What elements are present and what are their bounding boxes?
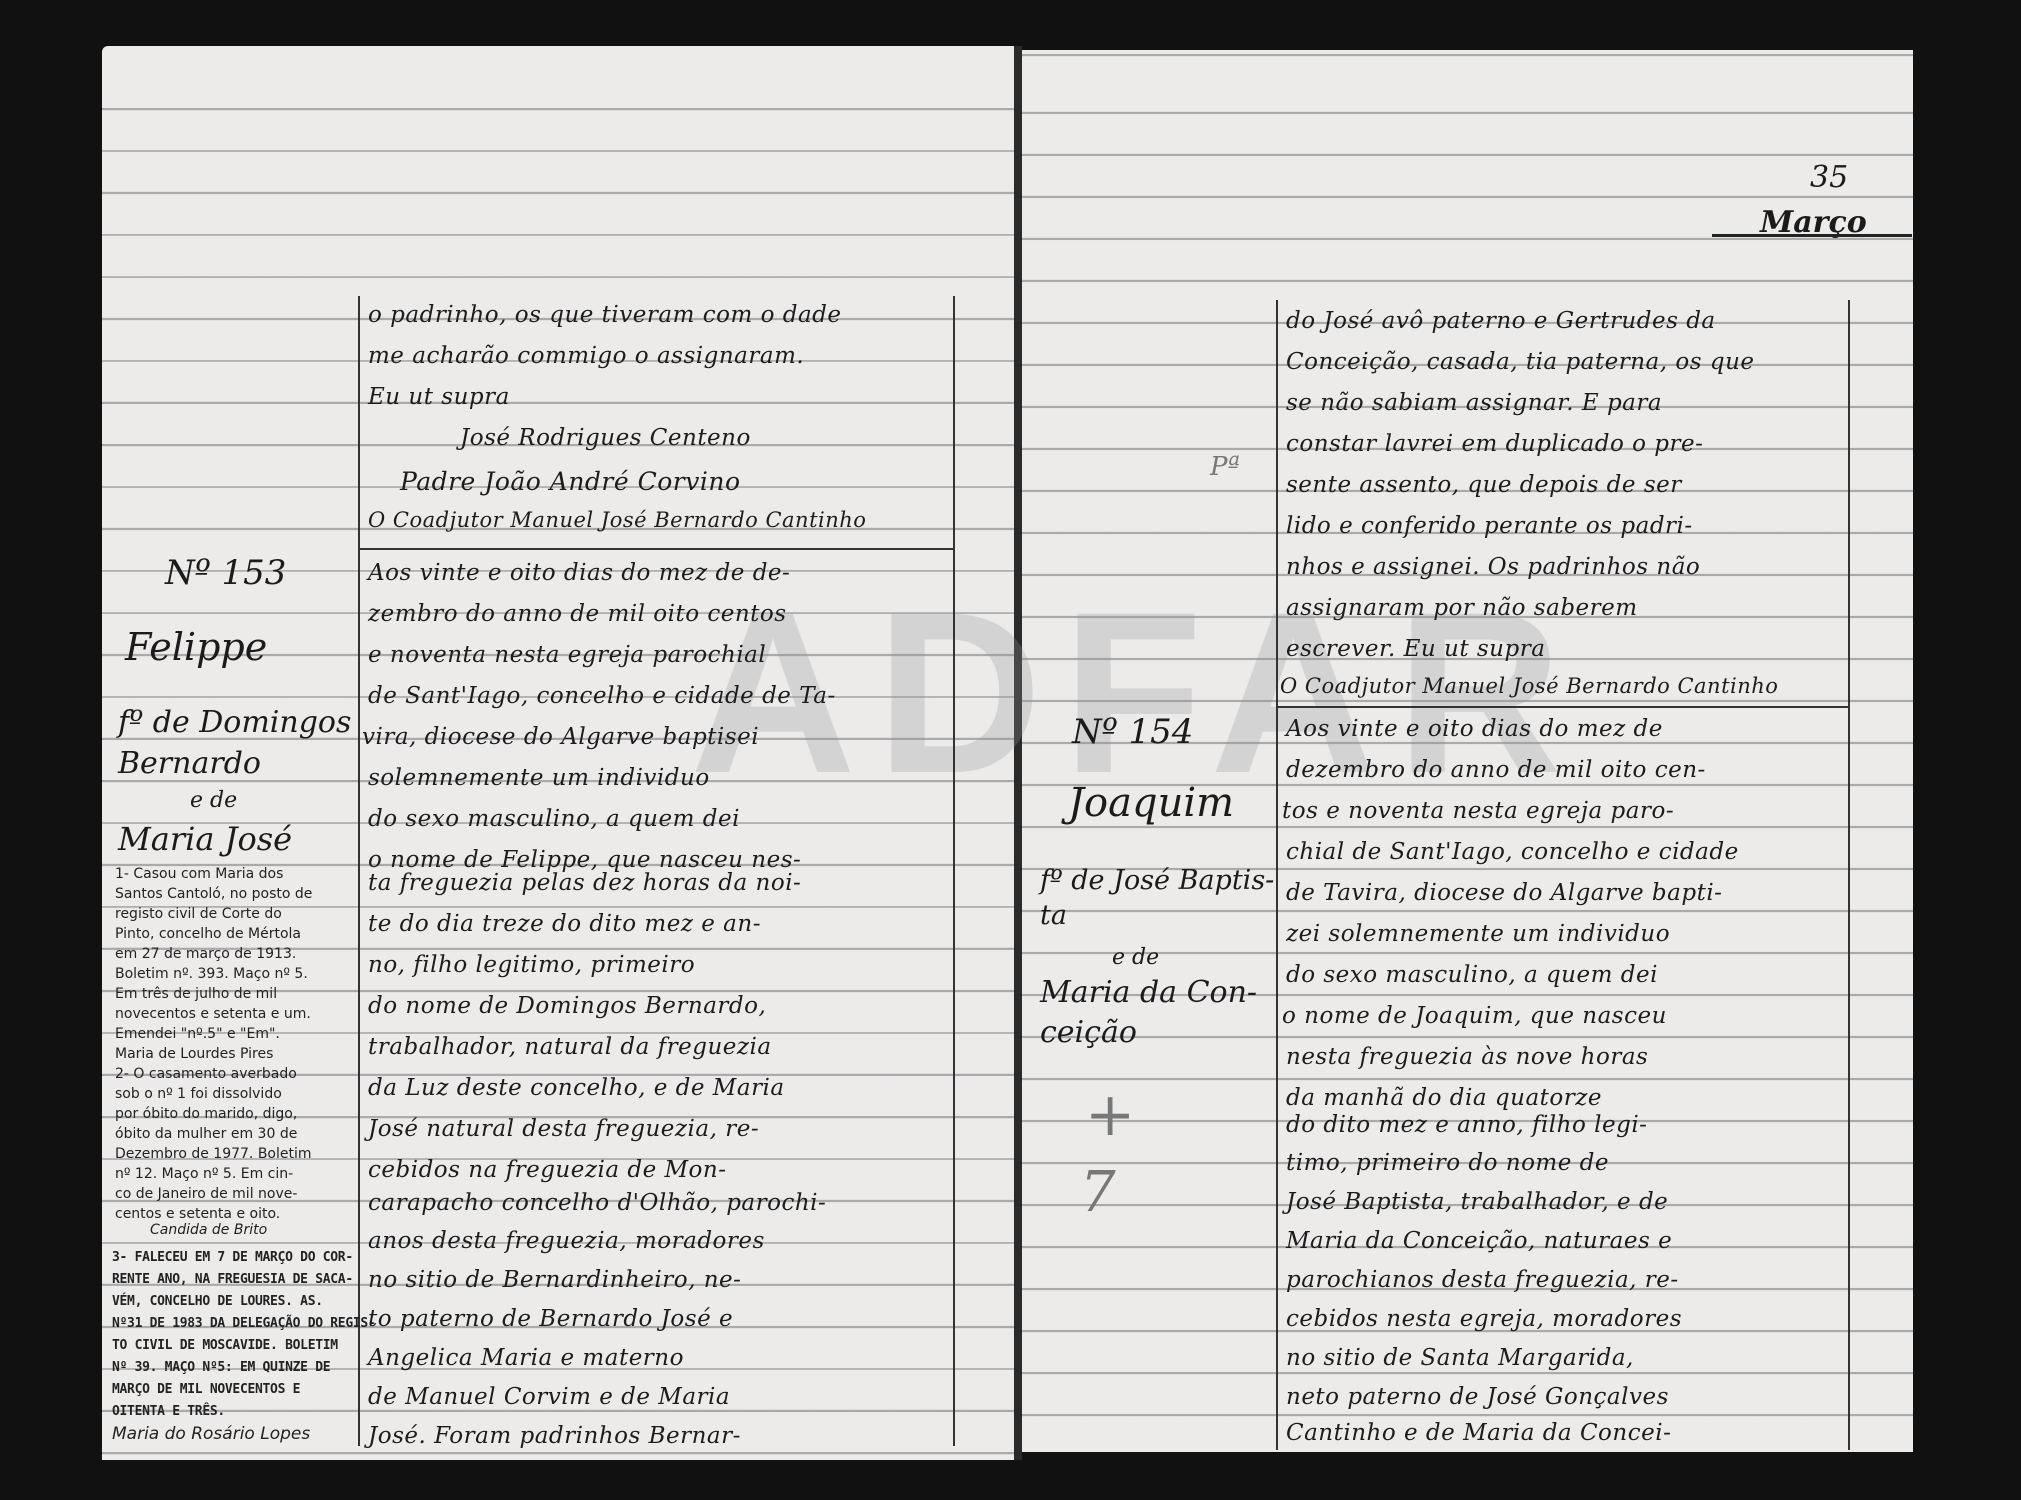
pencil-cross-mark: + bbox=[1085, 1080, 1135, 1150]
continuation-line: sente assento, que depois de ser bbox=[1286, 472, 1682, 498]
margin-note-2-line: por óbito do marido, digo, bbox=[115, 1106, 297, 1122]
margin-note-1-line: registo civil de Corte do bbox=[115, 906, 282, 922]
baptized-name: Felippe bbox=[125, 625, 267, 669]
entry-text-line: o nome de Joaquim, que nasceu bbox=[1282, 1003, 1667, 1029]
entry-text-line: de Manuel Corvim e de Maria bbox=[368, 1384, 730, 1410]
right-entry-separator bbox=[1276, 706, 1850, 708]
margin-note-3-signature: Maria do Rosário Lopes bbox=[112, 1424, 310, 1444]
entry-text-line: do nome de Domingos Bernardo, bbox=[368, 993, 766, 1019]
entry-text-line: de Sant'Iago, concelho e cidade de Ta- bbox=[368, 683, 836, 709]
folio-number: 35 bbox=[1810, 160, 1848, 195]
entry-text-line: zembro do anno de mil oito centos bbox=[368, 601, 787, 627]
entry-number: Nº 153 bbox=[165, 553, 286, 593]
continuation-line: assignaram por não saberem bbox=[1286, 595, 1638, 621]
margin-note-2-line: sob o nº 1 foi dissolvido bbox=[115, 1086, 282, 1102]
signature: José Rodrigues Centeno bbox=[460, 425, 751, 451]
margin-note-2-line: centos e setenta e oito. bbox=[115, 1206, 280, 1222]
entry-text-line: do sexo masculino, a quem dei bbox=[1286, 962, 1658, 988]
parent-line: Bernardo bbox=[118, 746, 261, 781]
entry-text-line: timo, primeiro do nome de bbox=[1286, 1150, 1609, 1176]
continuation-line: escrever. Eu ut supra bbox=[1286, 636, 1545, 662]
entry-text-line: cebidos na freguezia de Mon- bbox=[368, 1157, 726, 1183]
entry-number: Nº 154 bbox=[1072, 712, 1193, 752]
entry-text-line: José natural desta freguezia, re- bbox=[368, 1116, 759, 1142]
continuation-line: Eu ut supra bbox=[368, 384, 510, 410]
entry-text-line: no sitio de Bernardinheiro, ne- bbox=[368, 1267, 741, 1293]
entry-text-line: do sexo masculino, a quem dei bbox=[368, 806, 740, 832]
entry-text-line: nesta freguezia às nove horas bbox=[1286, 1044, 1648, 1070]
entry-text-line: anos desta freguezia, moradores bbox=[368, 1228, 765, 1254]
continuation-line: me acharão commigo o assignaram. bbox=[368, 343, 804, 369]
margin-note-2-line: óbito da mulher em 30 de bbox=[115, 1126, 297, 1142]
continuation-line: constar lavrei em duplicado o pre- bbox=[1286, 431, 1703, 457]
entry-text-line: parochianos desta freguezia, re- bbox=[1286, 1267, 1679, 1293]
entry-text-line: José. Foram padrinhos Bernar- bbox=[368, 1423, 741, 1449]
parent-line: ceição bbox=[1040, 1015, 1137, 1050]
entry-text-line: vira, diocese do Algarve baptisei bbox=[362, 724, 759, 750]
continuation-line: o padrinho, os que tiveram com o dade bbox=[368, 302, 842, 328]
margin-note-3-line: RENTE ANO, NA FREGUESIA DE SACA- bbox=[112, 1272, 353, 1287]
entry-text-line: de Tavira, diocese do Algarve bapti- bbox=[1286, 880, 1722, 906]
entry-text-line: trabalhador, natural da freguezia bbox=[368, 1034, 772, 1060]
entry-text-line: e noventa nesta egreja parochial bbox=[368, 642, 766, 668]
entry-text-line: da manhã do dia quatorze bbox=[1286, 1085, 1602, 1111]
parent-line: e de bbox=[190, 788, 237, 813]
parent-line: ta bbox=[1040, 900, 1067, 931]
margin-note-3-line: TO CIVIL DE MOSCAVIDE. BOLETIM bbox=[112, 1338, 338, 1353]
entry-text-line: no, filho legitimo, primeiro bbox=[368, 952, 695, 978]
margin-note-2-line: Dezembro de 1977. Boletim bbox=[115, 1146, 312, 1162]
margin-note-1-line: Emendei "nº.5" e "Em". bbox=[115, 1026, 280, 1042]
margin-note-1-line: Maria de Lourdes Pires bbox=[115, 1046, 273, 1062]
margin-note-3-line: Nº 39. MAÇO Nº5: EM QUINZE DE bbox=[112, 1360, 330, 1375]
entry-text-line: carapacho concelho d'Olhão, parochi- bbox=[368, 1190, 826, 1216]
margin-note-2-signature: Candida de Brito bbox=[150, 1222, 267, 1238]
margin-note-1-line: em 27 de março de 1913. bbox=[115, 946, 296, 962]
entry-text-line: no sitio de Santa Margarida, bbox=[1286, 1345, 1634, 1371]
signature: O Coadjutor Manuel José Bernardo Cantinh… bbox=[1280, 674, 1778, 698]
left-entry-separator bbox=[358, 548, 955, 550]
entry-text-line: solemnemente um individuo bbox=[368, 765, 710, 791]
continuation-line: Conceição, casada, tia paterna, os que bbox=[1286, 349, 1755, 375]
margin-note-3-line: OITENTA E TRÊS. bbox=[112, 1404, 225, 1419]
margin-note-1-line: Pinto, concelho de Mértola bbox=[115, 926, 301, 942]
entry-text-line: do dito mez e anno, filho legi- bbox=[1286, 1112, 1647, 1138]
entry-text-line: neto paterno de José Gonçalves bbox=[1286, 1384, 1669, 1410]
pencil-margin-mark: Pª bbox=[1210, 452, 1240, 482]
pencil-number-mark: 7 bbox=[1080, 1160, 1116, 1225]
continuation-line: lido e conferido perante os padri- bbox=[1286, 513, 1693, 539]
left-right-rule bbox=[953, 296, 955, 1446]
continuation-line: do José avô paterno e Gertrudes da bbox=[1286, 308, 1716, 334]
entry-text-line: Aos vinte e oito dias do mez de bbox=[1286, 716, 1663, 742]
baptized-name: Joaquim bbox=[1068, 780, 1234, 826]
entry-text-line: to paterno de Bernardo José e bbox=[368, 1306, 733, 1332]
entry-text-line: Aos vinte e oito dias do mez de de- bbox=[368, 560, 790, 586]
entry-text-line: tos e noventa nesta egreja paro- bbox=[1282, 798, 1674, 824]
left-margin-rule bbox=[358, 296, 360, 1446]
entry-text-line: Angelica Maria e materno bbox=[368, 1345, 684, 1371]
parent-line: fº de José Baptis- bbox=[1040, 865, 1274, 896]
entry-text-line: te do dia treze do dito mez e an- bbox=[368, 911, 761, 937]
entry-text-line: José Baptista, trabalhador, e de bbox=[1286, 1189, 1668, 1215]
margin-note-2-line: co de Janeiro de mil nove- bbox=[115, 1186, 297, 1202]
right-margin-rule bbox=[1276, 300, 1278, 1450]
parent-line: fº de Domingos bbox=[118, 705, 351, 740]
entry-text-line: dezembro do anno de mil oito cen- bbox=[1286, 757, 1706, 783]
margin-note-1-line: Em três de julho de mil bbox=[115, 986, 277, 1002]
parent-line: e de bbox=[1112, 945, 1159, 970]
right-right-rule bbox=[1848, 300, 1850, 1450]
margin-note-2-line: 2- O casamento averbado bbox=[115, 1066, 297, 1082]
entry-text-line: Maria da Conceição, naturaes e bbox=[1286, 1228, 1672, 1254]
margin-note-1-line: novecentos e setenta e um. bbox=[115, 1006, 311, 1022]
continuation-line: nhos e assignei. Os padrinhos não bbox=[1286, 554, 1700, 580]
margin-note-3-line: 3- FALECEU EM 7 DE MARÇO DO COR- bbox=[112, 1250, 353, 1265]
entry-text-line: Cantinho e de Maria da Concei- bbox=[1286, 1420, 1671, 1446]
margin-note-3-line: Nº31 DE 1983 DA DELEGAÇÃO DO REGIS- bbox=[112, 1316, 375, 1331]
margin-note-3-line: MARÇO DE MIL NOVECENTOS E bbox=[112, 1382, 300, 1397]
entry-text-line: chial de Sant'Iago, concelho e cidade bbox=[1286, 839, 1739, 865]
parent-line: Maria José bbox=[118, 820, 292, 858]
signature: Padre João André Corvino bbox=[400, 467, 741, 496]
parent-line: Maria da Con- bbox=[1040, 975, 1257, 1010]
margin-note-2-line: nº 12. Maço nº 5. Em cin- bbox=[115, 1166, 293, 1182]
entry-text-line: cebidos nesta egreja, moradores bbox=[1286, 1306, 1682, 1332]
margin-note-1-line: Boletim nº. 393. Maço nº 5. bbox=[115, 966, 308, 982]
margin-note-3-line: VÉM, CONCELHO DE LOURES. AS. bbox=[112, 1294, 323, 1309]
entry-text-line: ta freguezia pelas dez horas da noi- bbox=[368, 870, 801, 896]
entry-text-line: zei solemnemente um individuo bbox=[1286, 921, 1670, 947]
margin-note-1-line: Santos Cantoló, no posto de bbox=[115, 886, 312, 902]
month-underline bbox=[1712, 234, 1912, 237]
signature: O Coadjutor Manuel José Bernardo Cantinh… bbox=[368, 508, 866, 532]
margin-note-1-line: 1- Casou com Maria dos bbox=[115, 866, 283, 882]
entry-text-line: da Luz deste concelho, e de Maria bbox=[368, 1075, 785, 1101]
continuation-line: se não sabiam assignar. E para bbox=[1286, 390, 1662, 416]
